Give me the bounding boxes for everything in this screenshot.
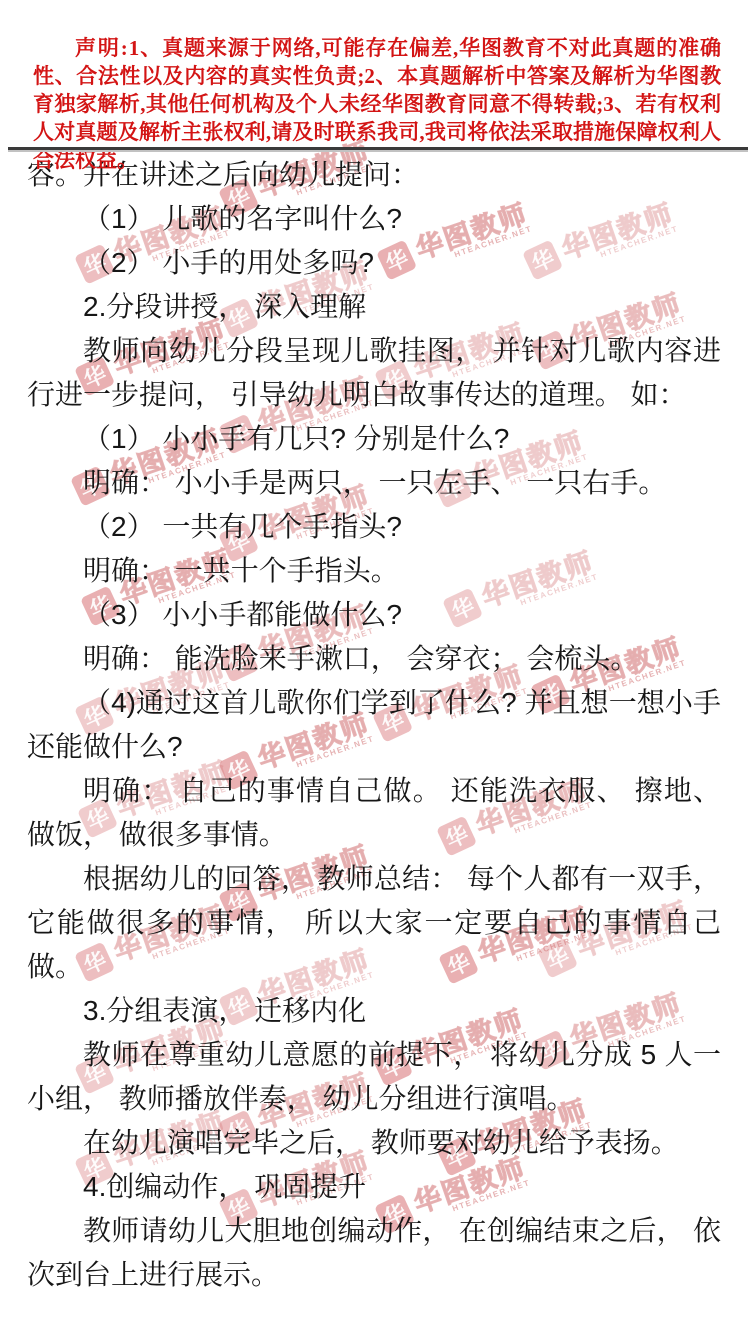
paragraph: 明确： 一共十个手指头。 [27,549,721,593]
disclaimer: 声明:1、真题来源于网络,可能存在偏差,华图教育不对此真题的准确性、合法性以及内… [33,34,721,174]
paragraph: （3） 小小手都能做什么? [27,593,721,637]
paragraph: 3.分组表演， 迁移内化 [27,989,721,1033]
paragraph: 明确： 小小手是两只， 一只左手、 一只右手。 [27,461,721,505]
paragraph: 教师向幼儿分段呈现儿歌挂图， 并针对儿歌内容进行进一步提问， 引导幼儿明白故事传… [27,329,721,417]
document-page: { "page": { "background": "#ffffff", "co… [0,0,748,1335]
paragraph: 明确： 能洗脸来手漱口， 会穿衣； 会梳头。 [27,637,721,681]
paragraph: （4)通过这首儿歌你们学到了什么? 并且想一想小手还能做什么? [27,681,721,769]
disclaimer-label: 声明: [75,36,129,60]
paragraph: （1） 儿歌的名字叫什么? [27,197,721,241]
paragraph: 教师在尊重幼儿意愿的前提下， 将幼儿分成 5 人一小组， 教师播放伴奏， 幼儿分… [27,1033,721,1121]
paragraph: 根据幼儿的回答， 教师总结： 每个人都有一双手， 它能做很多的事情， 所以大家一… [27,857,721,989]
paragraph: 在幼儿演唱完毕之后， 教师要对幼儿给予表扬。 [27,1121,721,1165]
paragraph: （2） 一共有几个手指头? [27,505,721,549]
lesson-body: 容。并在讲述之后向幼儿提问：（1） 儿歌的名字叫什么?（2） 小手的用处多吗?2… [27,153,721,1297]
paragraph: 2.分段讲授， 深入理解 [27,285,721,329]
paragraph: （1） 小小手有几只? 分别是什么? [27,417,721,461]
paragraph: 教师请幼儿大胆地创编动作， 在创编结束之后， 依次到台上进行展示。 [27,1209,721,1297]
paragraph: 明确： 自己的事情自己做。 还能洗衣服、 擦地、 做饭， 做很多事情。 [27,769,721,857]
paragraph: （2） 小手的用处多吗? [27,241,721,285]
paragraph: 4.创编动作， 巩固提升 [27,1165,721,1209]
header-divider-rule [8,147,748,152]
